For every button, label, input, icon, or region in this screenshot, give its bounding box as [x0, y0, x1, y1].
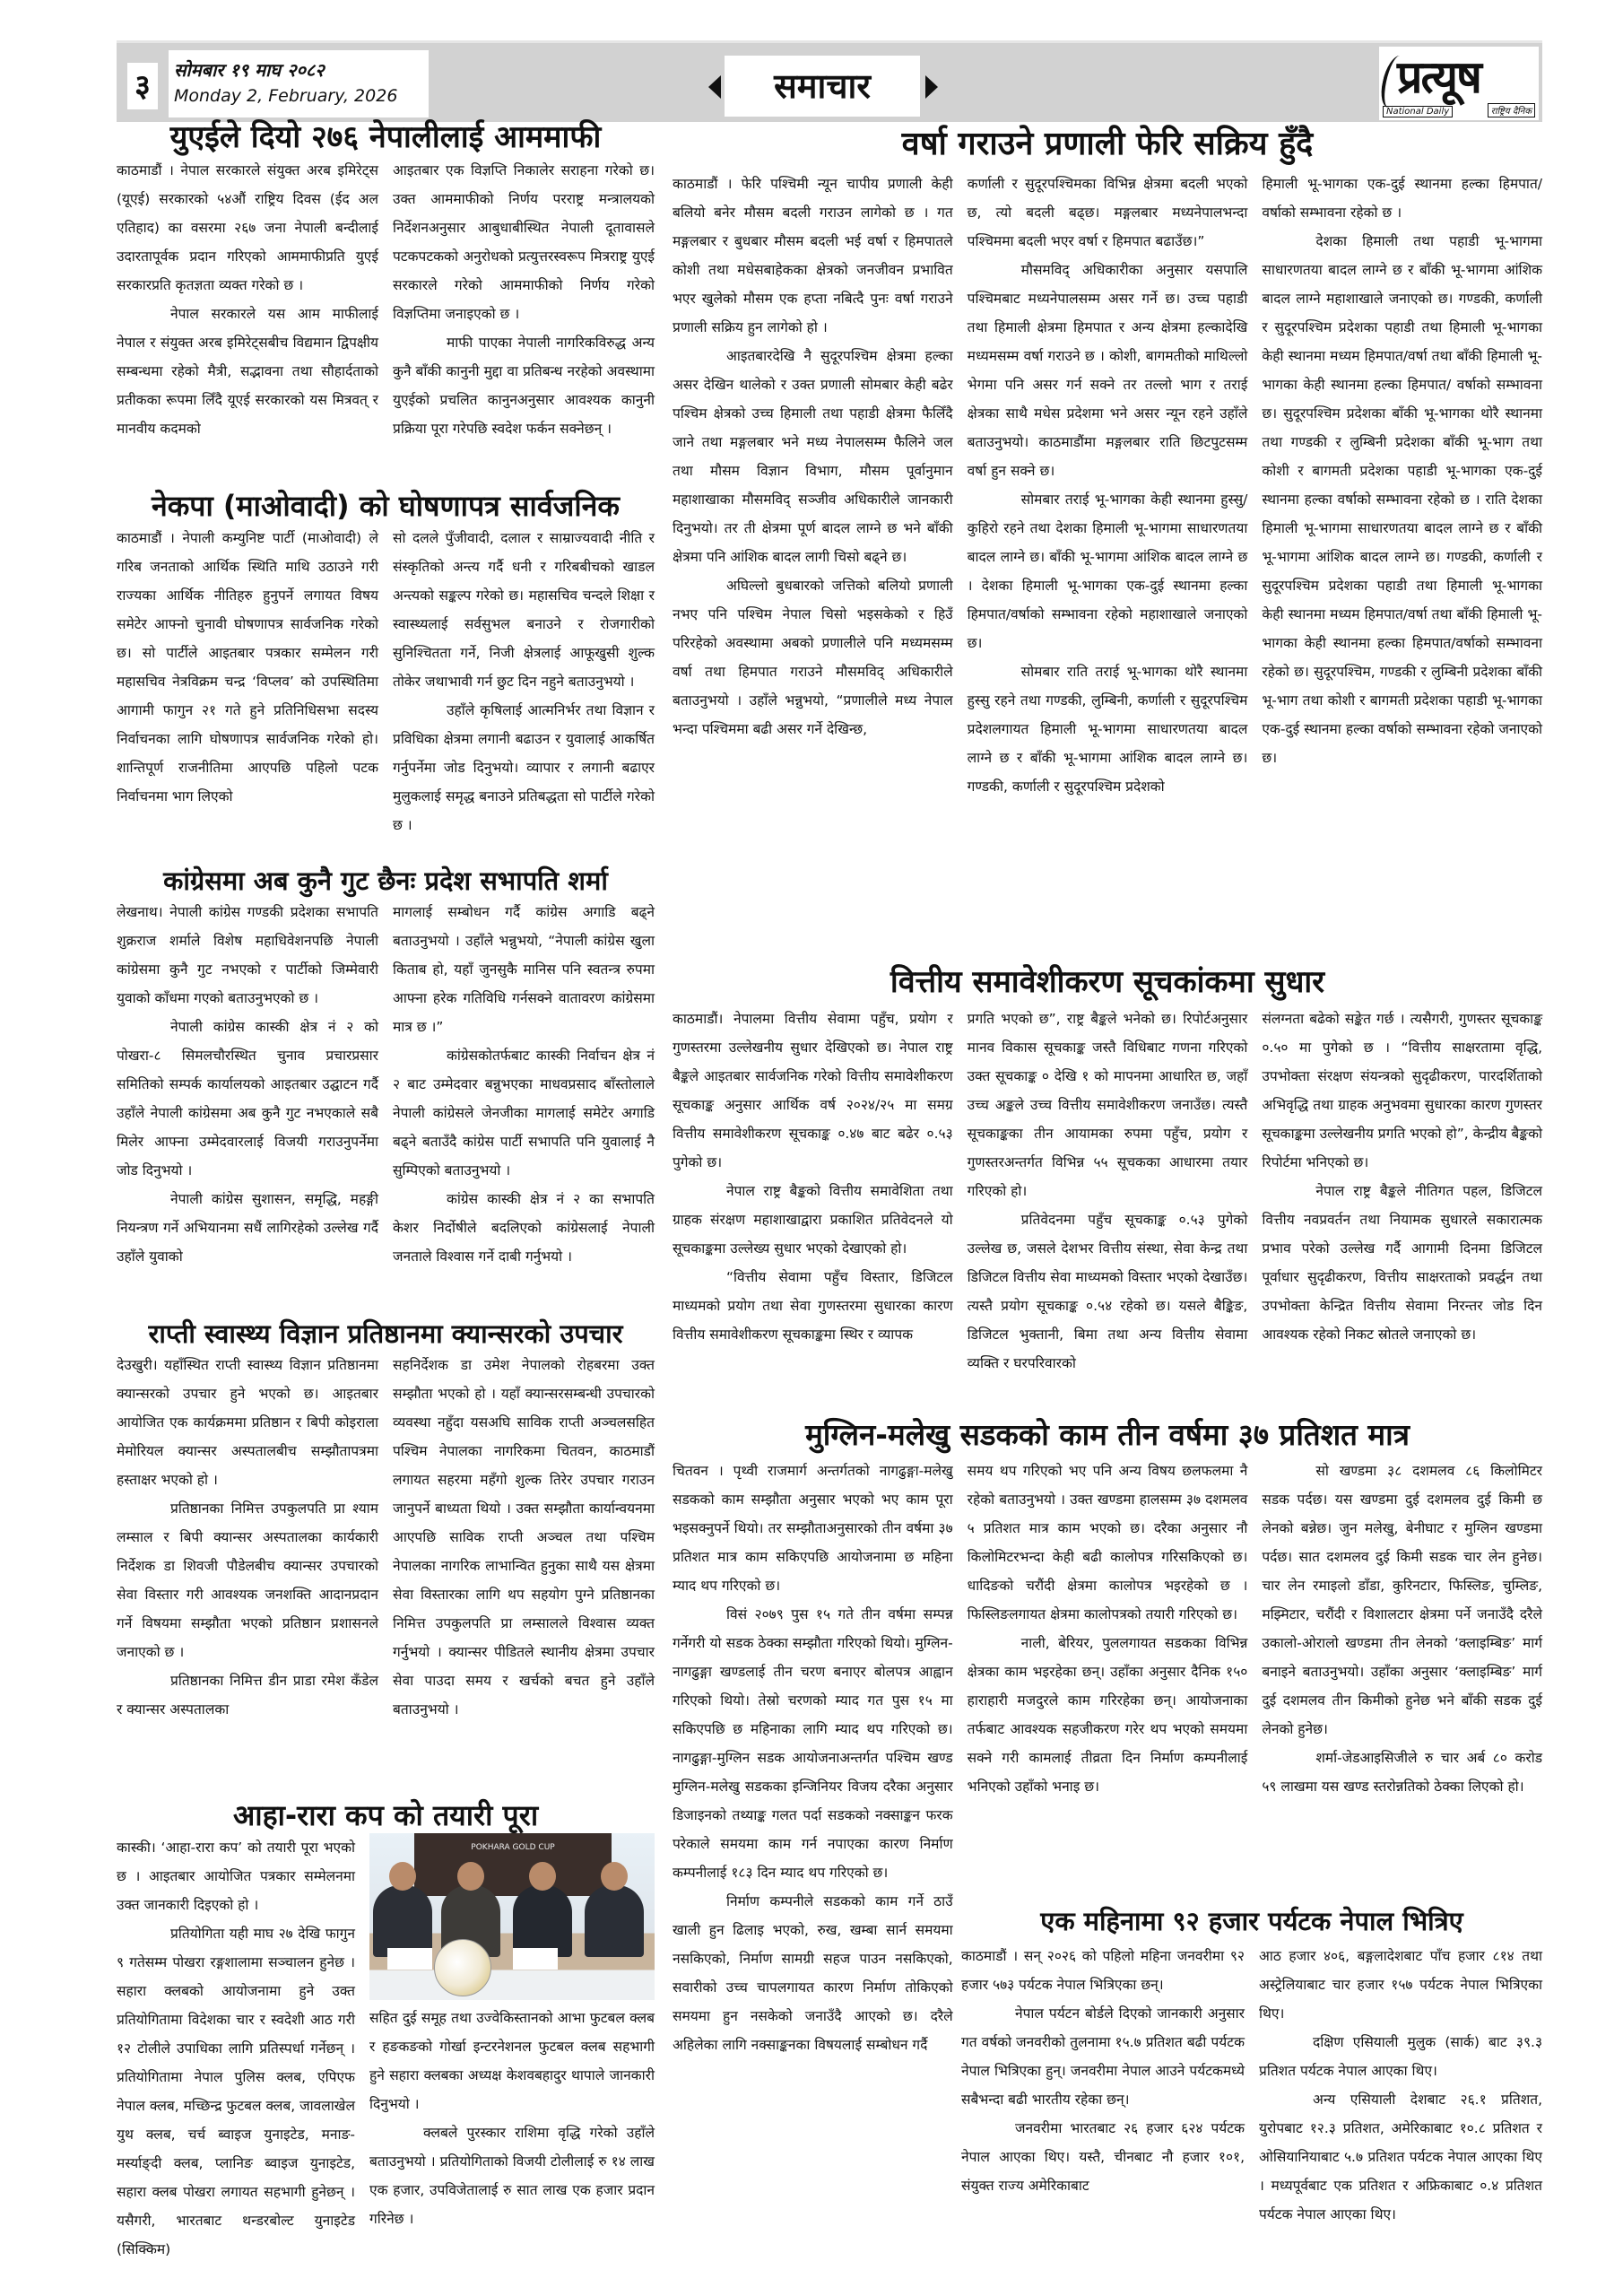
paragraph: लेखनाथ। नेपाली कांग्रेस गण्डकी प्रदेशका …: [117, 898, 378, 1013]
arrow-left-icon: [708, 75, 721, 99]
article-rapti-cancer: राप्ती स्वास्थ्य विज्ञान प्रतिष्ठानमा क्…: [117, 1318, 655, 1724]
section-title: समाचार: [725, 56, 920, 117]
arrow-right-icon: [925, 75, 938, 99]
newspaper-logo: प्रत्यूष National Daily राष्ट्रिय दैनिक: [1379, 47, 1539, 120]
paragraph: सोमबार तराई भू-भागका केही स्थानमा हुस्सु…: [968, 485, 1248, 657]
paragraph: आइतबारदेखि नै सुदूरपश्चिम क्षेत्रमा हल्क…: [673, 342, 953, 571]
paragraph: काठमाडौं । सन् २०२६ को पहिलो महिना जनवरी…: [961, 1942, 1245, 1999]
paragraph: प्रतिष्ठानका निमित्त डीन प्राडा रमेश कँड…: [117, 1666, 378, 1724]
article-column: हिमाली भू-भागका एक-दुई स्थानमा हल्का हिम…: [1262, 170, 1542, 801]
article-column: कर्णाली र सुदूरपश्चिमका विभिन्न क्षेत्रम…: [968, 170, 1248, 801]
paragraph: संलग्नता बढेको सङ्केत गर्छ । त्यसैगरी, ग…: [1262, 1004, 1542, 1177]
paragraph: प्रतिवेदनमा पहुँच सूचकाङ्क ०.५३ पुगेको उ…: [968, 1205, 1248, 1378]
headline: आहा-रारा कप को तयारी पूरा: [117, 1798, 655, 1833]
headline: युएईले दियो २७६ नेपालीलाई आममाफी: [117, 119, 655, 156]
paragraph: नेपाल राष्ट्र बैङ्कले नीतिगत पहल, डिजिटल…: [1262, 1177, 1542, 1349]
paragraph: काठमाडौं । फेरि पश्चिमी न्यून चापीय प्रण…: [673, 170, 953, 342]
person-figure: [373, 1885, 432, 1957]
article-rain-system: वर्षा गराउने प्रणाली फेरि सक्रिय हुँदै क…: [673, 123, 1542, 801]
paragraph: हिमाली भू-भागका एक-दुई स्थानमा हल्का हिम…: [1262, 170, 1542, 227]
article-column: प्रगति भएको छ”, राष्ट्र बैङ्कले भनेको छ।…: [968, 1004, 1248, 1378]
date-box: सोमबार १९ माघ २०८२ Monday 2, February, 2…: [169, 50, 429, 117]
paragraph: मागलाई सम्बोधन गर्दै कांग्रेस अगाडि बढ्न…: [393, 898, 655, 1041]
date-nepali: सोमबार १९ माघ २०८२: [174, 57, 325, 82]
page-number: ३: [127, 63, 158, 109]
paragraph: विसं २०७९ पुस १५ गते तीन वर्षमा सम्पन्न …: [673, 1600, 953, 1887]
headline: नेकपा (माओवादी) को घोषणापत्र सार्वजनिक: [117, 489, 655, 524]
logo-title: प्रत्यूष: [1397, 45, 1480, 106]
paragraph: सो दलले पुँजीवादी, दलाल र साम्राज्यवादी …: [393, 524, 655, 696]
paragraph: आठ हजार ४०६, बङ्गलादेशबाट पाँच हजार ८१४ …: [1259, 1942, 1542, 2028]
paragraph: चितवन । पृथ्वी राजमार्ग अन्तर्गतको नागढु…: [673, 1457, 953, 1600]
headline: मुग्लिन-मलेखु सडकको काम तीन वर्षमा ३७ प्…: [673, 1417, 1542, 1457]
article-column: काठमाडौं । फेरि पश्चिमी न्यून चापीय प्रण…: [673, 170, 953, 801]
paragraph: नेपाली कांग्रेस कास्की क्षेत्र नं २ को प…: [117, 1013, 378, 1185]
date-english: Monday 2, February, 2026: [174, 86, 397, 106]
paragraph: शर्मा-जेडआइसिजीले रु चार अर्ब ८० करोड ५९…: [1262, 1744, 1542, 1801]
article-column: सहनिर्देशक डा उमेश नेपालको रोहबरमा उक्त …: [393, 1351, 655, 1724]
paragraph: कर्णाली र सुदूरपश्चिमका विभिन्न क्षेत्रम…: [968, 170, 1248, 256]
headline: कांग्रेसमा अब कुनै गुट छैनः प्रदेश सभापत…: [117, 865, 655, 898]
paragraph: कांग्रेस कास्की क्षेत्र नं २ का सभापति क…: [393, 1185, 655, 1271]
paragraph: “वित्तीय सेवामा पहुँच विस्तार, डिजिटल मा…: [673, 1263, 953, 1349]
paragraph: समय थप गरिएको भए पनि अन्य विषय छलफलमा नै…: [968, 1457, 1248, 1629]
article-aaha-rara-cup: आहा-रारा कप को तयारी पूरा कास्की। ‘आहा-र…: [117, 1798, 655, 2264]
article-uae-amnesty: युएईले दियो २७६ नेपालीलाई आममाफी काठमाडौ…: [117, 119, 655, 443]
article-column: काठमाडौं । सन् २०२६ को पहिलो महिना जनवरी…: [961, 1942, 1245, 2229]
article-column: चितवन । पृथ्वी राजमार्ग अन्तर्गतको नागढु…: [673, 1457, 953, 2059]
paragraph: नेपाल सरकारले यस आम माफीलाई नेपाल र संयु…: [117, 300, 378, 443]
paragraph: सहित दुई समूह तथा उज्वेकिस्तानको आभा फुट…: [369, 2004, 655, 2118]
newspaper-page: ३ सोमबार १९ माघ २०८२ Monday 2, February,…: [117, 40, 1542, 2256]
press-conference-photo: POKHARA GOLD CUP: [369, 1833, 655, 2000]
article-column: आइतबार एक विज्ञप्ति निकालेर सराहना गरेको…: [393, 156, 655, 443]
article-column: देउखुरी। यहाँस्थित राप्ती स्वास्थ्य विज्…: [117, 1351, 378, 1724]
paragraph: निर्माण कम्पनीले सडकको काम गर्ने ठाउँ खा…: [673, 1887, 953, 2059]
article-column: संलग्नता बढेको सङ्केत गर्छ । त्यसैगरी, ग…: [1262, 1004, 1542, 1378]
paragraph: काठमाडौं । नेपाली कम्युनिष्ट पार्टी (माओ…: [117, 524, 378, 811]
paragraph: काठमाडौं। नेपालमा वित्तीय सेवामा पहुँच, …: [673, 1004, 953, 1177]
article-column: लेखनाथ। नेपाली कांग्रेस गण्डकी प्रदेशका …: [117, 898, 378, 1271]
paper-sheet: [513, 1948, 558, 1970]
paragraph: जनवरीमा भारतबाट २६ हजार ६२४ पर्यटक नेपाल…: [961, 2114, 1245, 2200]
paper-sheet: [387, 1948, 432, 1970]
football-icon: [434, 1939, 491, 1996]
paragraph: नेपाल पर्यटन बोर्डले दिएको जानकारी अनुसा…: [961, 1999, 1245, 2114]
logo-subtitle-np: राष्ट्रिय दैनिक: [1488, 103, 1535, 117]
article-column: आठ हजार ४०६, बङ्गलादेशबाट पाँच हजार ८१४ …: [1259, 1942, 1542, 2229]
article-column: POKHARA GOLD CUP सहित दुई समूह तथा उज्वे…: [369, 1833, 655, 2264]
paragraph: नाली, बेरियर, पुललगायत सडकका विभिन्न क्ष…: [968, 1629, 1248, 1801]
article-column: कास्की। ‘आहा-रारा कप’ को तयारी पूरा भएको…: [117, 1833, 355, 2264]
headline: वित्तीय समावेशीकरण सूचकांकमा सुधार: [673, 964, 1542, 1004]
article-financial-inclusion: वित्तीय समावेशीकरण सूचकांकमा सुधार काठमा…: [673, 964, 1542, 1378]
article-congress-no-faction: कांग्रेसमा अब कुनै गुट छैनः प्रदेश सभापत…: [117, 865, 655, 1271]
paragraph: सोमबार राति तराई भू-भागका थोरै स्थानमा ह…: [968, 657, 1248, 801]
logo-subtitle-en: National Daily: [1383, 106, 1453, 117]
paragraph: उहाँले कृषिलाई आत्मनिर्भर तथा विज्ञान र …: [393, 696, 655, 839]
person-figure: [585, 1885, 644, 1957]
paragraph: दक्षिण एसियाली मुलुक (सार्क) बाट ३९.३ प्…: [1259, 2028, 1542, 2085]
paragraph: अन्य एसियाली देशबाट २६.१ प्रतिशत, युरोपब…: [1259, 2085, 1542, 2229]
paragraph: अघिल्लो बुधबारको जत्तिको बलियो प्रणाली न…: [673, 571, 953, 744]
paragraph: मौसमविद् अधिकारीका अनुसार यसपालि पश्चिमब…: [968, 256, 1248, 485]
paragraph: कास्की। ‘आहा-रारा कप’ को तयारी पूरा भएको…: [117, 1833, 355, 1919]
paragraph: क्लबले पुरस्कार राशिमा वृद्धि गरेको उहाँ…: [369, 2118, 655, 2233]
paragraph: आइतबार एक विज्ञप्ति निकालेर सराहना गरेको…: [393, 156, 655, 328]
paragraph: सो खण्डमा ३८ दशमलव ८६ किलोमिटर सडक पर्दछ…: [1262, 1457, 1542, 1744]
person-figure: [513, 1885, 572, 1957]
article-column: काठमाडौं । नेपाल सरकारले संयुक्त अरब इमि…: [117, 156, 378, 443]
paragraph: देउखुरी। यहाँस्थित राप्ती स्वास्थ्य विज्…: [117, 1351, 378, 1494]
paragraph: नेपाली कांग्रेस सुशासन, समृद्धि, महङ्गी …: [117, 1185, 378, 1271]
headline: वर्षा गराउने प्रणाली फेरि सक्रिय हुँदै: [673, 123, 1542, 170]
headline: राप्ती स्वास्थ्य विज्ञान प्रतिष्ठानमा क्…: [117, 1318, 655, 1351]
article-tourist-arrivals: एक महिनामा ९२ हजार पर्यटक नेपाल भित्रिए …: [961, 1906, 1542, 2229]
paragraph: कांग्रेसकोतर्फबाट कास्की निर्वाचन क्षेत्…: [393, 1041, 655, 1185]
article-column: काठमाडौं। नेपालमा वित्तीय सेवामा पहुँच, …: [673, 1004, 953, 1378]
headline: एक महिनामा ९२ हजार पर्यटक नेपाल भित्रिए: [961, 1906, 1542, 1942]
article-maoist-manifesto: नेकपा (माओवादी) को घोषणापत्र सार्वजनिक क…: [117, 489, 655, 839]
article-column: काठमाडौं । नेपाली कम्युनिष्ट पार्टी (माओ…: [117, 524, 378, 839]
paragraph: माफी पाएका नेपाली नागरिकविरुद्ध अन्य कुन…: [393, 328, 655, 443]
paragraph: प्रतियोगिता यही माघ २७ देखि फागुन ९ गतेस…: [117, 1919, 355, 2264]
paragraph: नेपाल राष्ट्र बैङ्कको वित्तीय समावेशिता …: [673, 1177, 953, 1263]
paragraph: सहनिर्देशक डा उमेश नेपालको रोहबरमा उक्त …: [393, 1351, 655, 1724]
article-column: मागलाई सम्बोधन गर्दै कांग्रेस अगाडि बढ्न…: [393, 898, 655, 1271]
paragraph: प्रगति भएको छ”, राष्ट्र बैङ्कले भनेको छ।…: [968, 1004, 1248, 1205]
article-column: सो दलले पुँजीवादी, दलाल र साम्राज्यवादी …: [393, 524, 655, 839]
paragraph: काठमाडौं । नेपाल सरकारले संयुक्त अरब इमि…: [117, 156, 378, 300]
masthead: ३ सोमबार १९ माघ २०८२ Monday 2, February,…: [117, 40, 1542, 122]
paragraph: प्रतिष्ठानका निमित्त उपकुलपति प्रा श्याम…: [117, 1494, 378, 1666]
photo-banner: POKHARA GOLD CUP: [414, 1833, 612, 1896]
paragraph: देशका हिमाली तथा पहाडी भू-भागमा साधारणतय…: [1262, 227, 1542, 772]
